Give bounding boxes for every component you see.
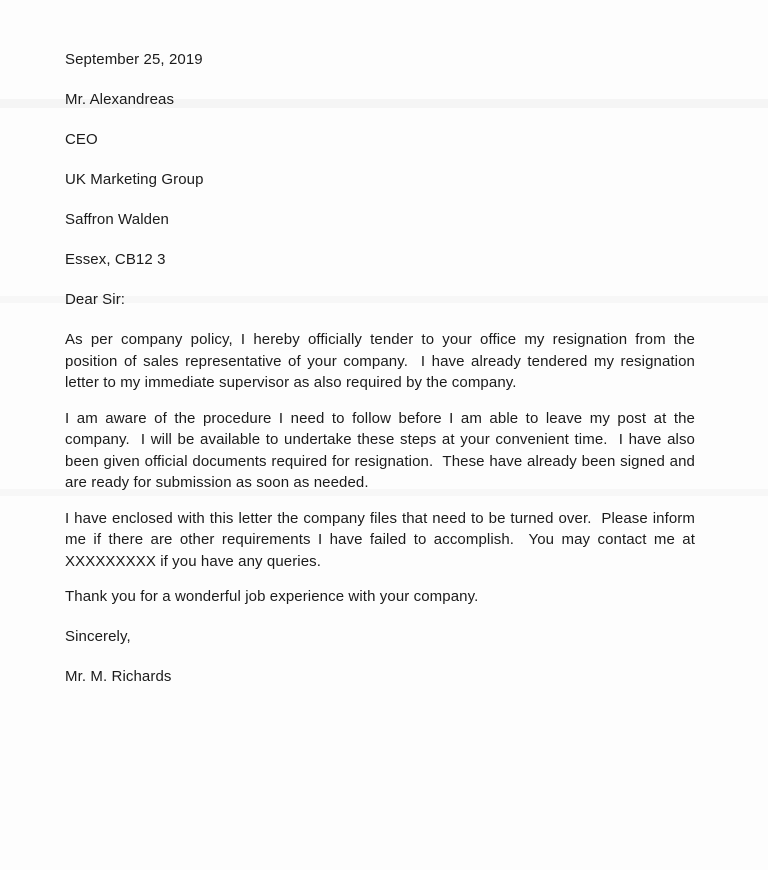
letter-date: September 25, 2019 [65, 49, 695, 71]
recipient-title: CEO [65, 129, 695, 151]
salutation: Dear Sir: [65, 289, 695, 311]
letter-body: As per company policy, I hereby official… [65, 329, 695, 572]
sign-off: Sincerely, [65, 626, 695, 648]
recipient-company: UK Marketing Group [65, 169, 695, 191]
body-paragraph-3: I have enclosed with this letter the com… [65, 508, 695, 573]
letter-page: September 25, 2019 Mr. Alexandreas CEO U… [0, 0, 768, 870]
closing-thanks: Thank you for a wonderful job experience… [65, 586, 695, 608]
resignation-letter: September 25, 2019 Mr. Alexandreas CEO U… [65, 49, 695, 688]
recipient-name: Mr. Alexandreas [65, 89, 695, 111]
recipient-address-county: Essex, CB12 3 [65, 249, 695, 271]
recipient-address-town: Saffron Walden [65, 209, 695, 231]
letter-closing: Thank you for a wonderful job experience… [65, 586, 695, 688]
body-paragraph-2: I am aware of the procedure I need to fo… [65, 408, 695, 494]
body-paragraph-1: As per company policy, I hereby official… [65, 329, 695, 394]
letter-header: September 25, 2019 Mr. Alexandreas CEO U… [65, 49, 695, 271]
signature-name: Mr. M. Richards [65, 666, 695, 688]
